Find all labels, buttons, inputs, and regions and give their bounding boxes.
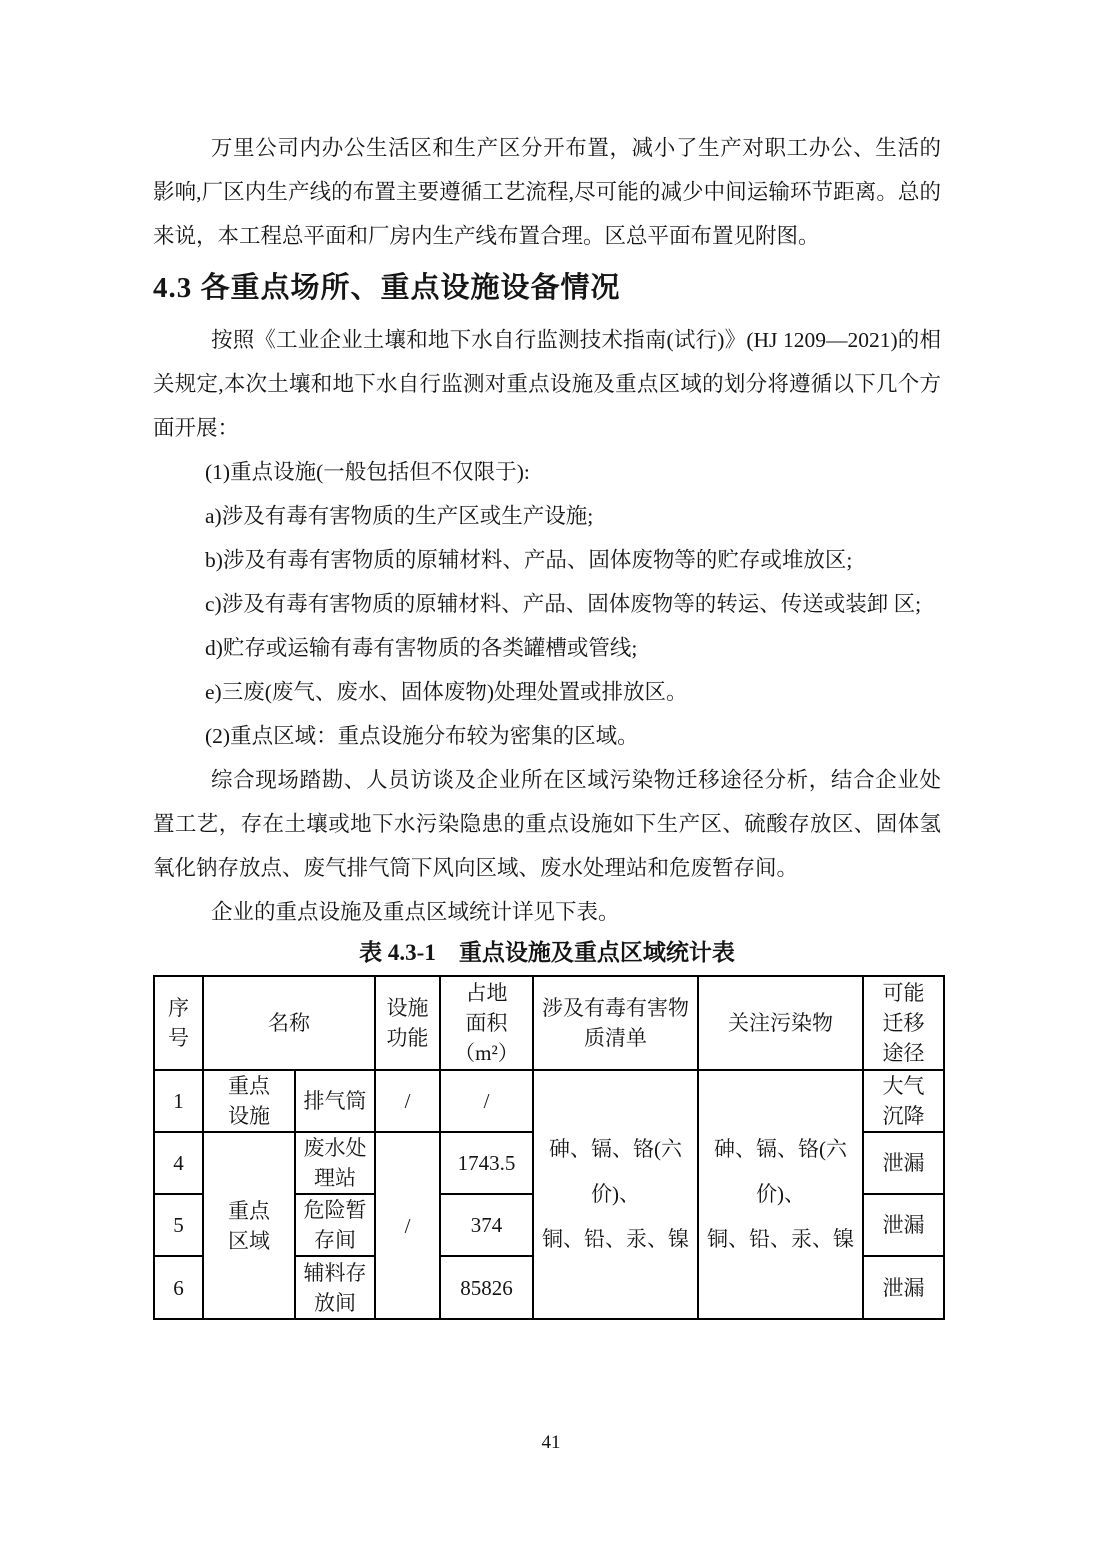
cell-area: 1743.5 [440, 1132, 533, 1194]
section-heading: 4.3 各重点场所、重点设施设备情况 [153, 268, 941, 308]
cell-facility-name: 危险暂 存间 [295, 1194, 375, 1256]
cell-category-area: 重点 区域 [203, 1132, 295, 1319]
cell-category-facility: 重点 设施 [203, 1070, 295, 1132]
analysis-paragraph: 综合现场踏勘、人员访谈及企业所在区域污染物迁移途径分析，结合企业处置工艺，存在土… [153, 758, 941, 890]
list-item-1: (1)重点设施(一般包括但不仅限于): [153, 450, 941, 494]
cell-facility-name: 辅料存 放间 [295, 1256, 375, 1319]
header-index: 序 号 [154, 976, 203, 1070]
list-item-c: c)涉及有毒有害物质的原辅材料、产品、固体废物等的转运、传送或装卸 区; [153, 582, 941, 626]
header-area: 占地 面积 （m²） [440, 976, 533, 1070]
cell-seq: 6 [154, 1256, 203, 1319]
header-function: 设施 功能 [375, 976, 440, 1070]
header-pathway: 可能 迁移 途径 [863, 976, 944, 1070]
key-facilities-table: 序 号 名称 设施 功能 占地 面积 （m²） 涉及有毒有害物 质清单 关注污染… [153, 975, 945, 1320]
list-item-b: b)涉及有毒有害物质的原辅材料、产品、固体废物等的贮存或堆放区; [153, 538, 941, 582]
list-item-a: a)涉及有毒有害物质的生产区或生产设施; [153, 494, 941, 538]
page-content: 万里公司内办公生活区和生产区分开布置，减小了生产对职工办公、生活的影响,厂区内生… [153, 0, 941, 1320]
cell-area: 374 [440, 1194, 533, 1256]
cell-area: / [440, 1070, 533, 1132]
cell-function: / [375, 1132, 440, 1319]
cell-area: 85826 [440, 1256, 533, 1319]
list-item-2: (2)重点区域：重点设施分布较为密集的区域。 [153, 714, 941, 758]
cell-pollutants: 砷、镉、铬(六价)、 铜、铅、汞、镍 [698, 1070, 863, 1319]
section-intro-paragraph: 按照《工业企业土壤和地下水自行监测技术指南(试行)》(HJ 1209—2021)… [153, 318, 941, 450]
cell-facility-name: 排气筒 [295, 1070, 375, 1132]
cell-seq: 1 [154, 1070, 203, 1132]
header-pollutants: 关注污染物 [698, 976, 863, 1070]
cell-function: / [375, 1070, 440, 1132]
cell-facility-name: 废水处 理站 [295, 1132, 375, 1194]
cell-toxic-substances: 砷、镉、铬(六价)、 铜、铅、汞、镍 [533, 1070, 698, 1319]
list-item-e: e)三废(废气、废水、固体废物)处理处置或排放区。 [153, 670, 941, 714]
table-header-row: 序 号 名称 设施 功能 占地 面积 （m²） 涉及有毒有害物 质清单 关注污染… [154, 976, 944, 1070]
table-title: 表 4.3-1 重点设施及重点区域统计表 [153, 936, 941, 970]
cell-seq: 5 [154, 1194, 203, 1256]
intro-paragraph: 万里公司内办公生活区和生产区分开布置，减小了生产对职工办公、生活的影响,厂区内生… [153, 126, 941, 258]
cell-pathway: 大气 沉降 [863, 1070, 944, 1132]
header-name: 名称 [203, 976, 375, 1070]
list-item-d: d)贮存或运输有毒有害物质的各类罐槽或管线; [153, 626, 941, 670]
cell-pathway: 泄漏 [863, 1132, 944, 1194]
header-toxic-list: 涉及有毒有害物 质清单 [533, 976, 698, 1070]
table-row: 1 重点 设施 排气筒 / / 砷、镉、铬(六价)、 铜、铅、汞、镍 砷、镉、铬… [154, 1070, 944, 1132]
table-lead-in: 企业的重点设施及重点区域统计详见下表。 [153, 890, 941, 934]
cell-seq: 4 [154, 1132, 203, 1194]
document-page: 万里公司内办公生活区和生产区分开布置，减小了生产对职工办公、生活的影响,厂区内生… [0, 0, 1102, 1559]
cell-pathway: 泄漏 [863, 1194, 944, 1256]
cell-pathway: 泄漏 [863, 1256, 944, 1319]
page-number: 41 [0, 1432, 1102, 1454]
